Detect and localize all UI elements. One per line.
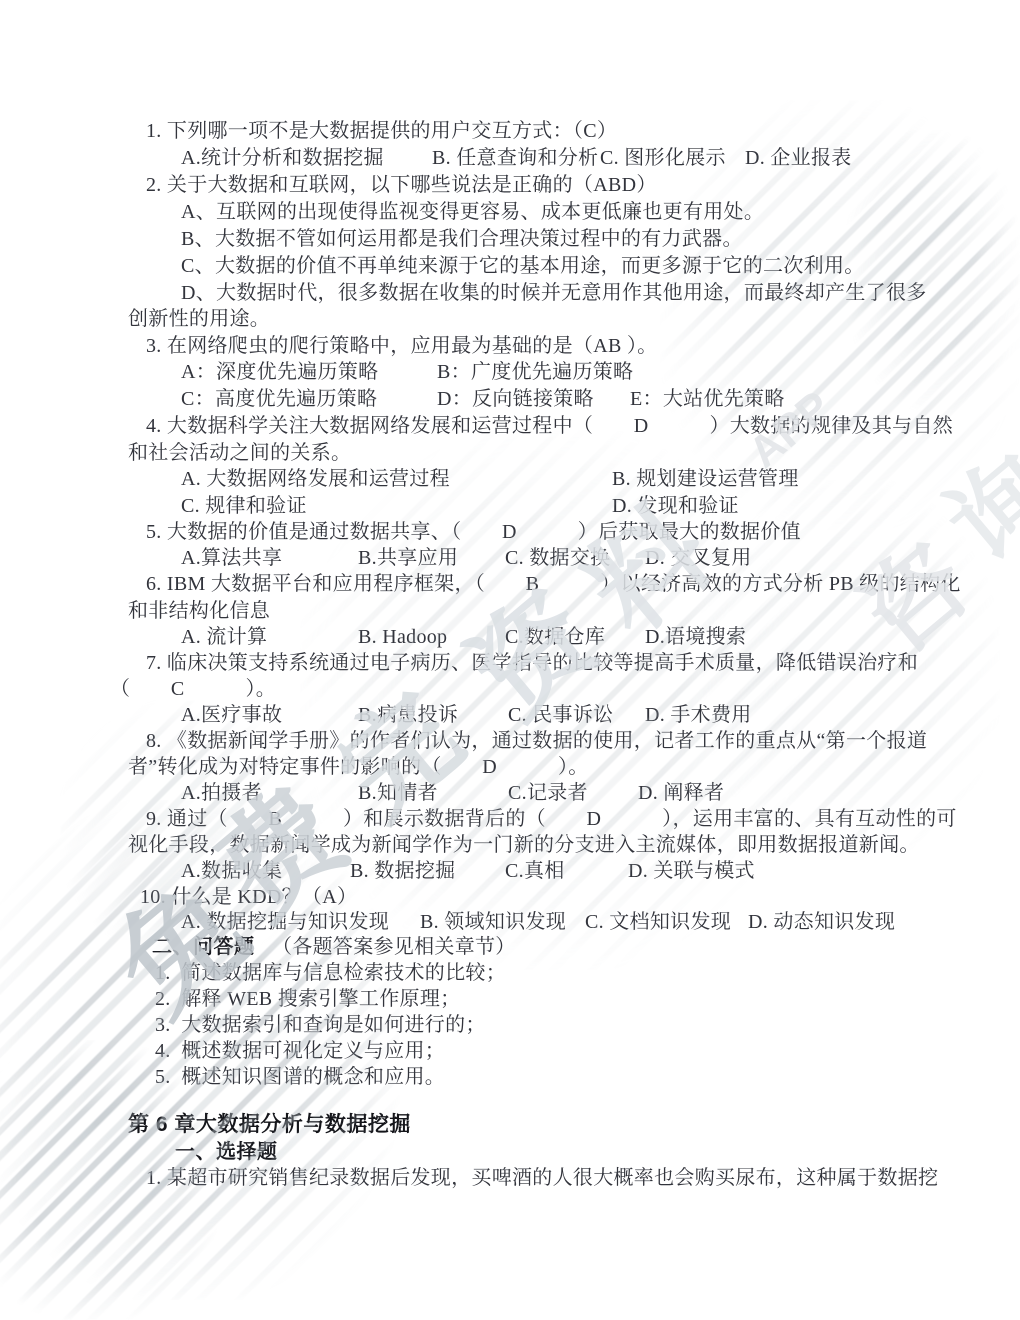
text-line: A：深度优先遍历策略 — [181, 361, 378, 384]
text-line: 视化手段，数据新闻学成为新闻学作为一门新的分支进入主流媒体，即用数据报道新闻。 — [128, 834, 920, 857]
text-line: D. 关联与模式 — [628, 860, 755, 883]
text-line: 3. 大数据索引和查询是如何进行的； — [155, 1014, 486, 1037]
text-line: A. 大数据网络发展和运营过程 — [181, 468, 450, 491]
text-line: 1. 简述数据库与信息检索技术的比较； — [155, 962, 506, 985]
text-line: A、互联网的出现使得监视变得更容易、成本更低廉也更有用处。 — [181, 201, 764, 224]
section-title: 一、选择题 — [175, 1141, 278, 1164]
text-line: D. 企业报表 — [745, 147, 852, 170]
chapter-heading: 第 6 章大数据分析与数据挖掘 — [128, 1113, 411, 1136]
text-line: 1. 某超市研究销售纪录数据后发现，买啤酒的人很大概率也会购买尿布，这种属于数据… — [146, 1167, 938, 1190]
text-line: E：大站优先策略 — [630, 388, 785, 411]
text-line: 3. 在网络爬虫的爬行策略中，应用最为基础的是（AB ）。 — [146, 335, 657, 358]
text-line: （ C ）。 — [110, 678, 276, 701]
text-line: C.真相 — [505, 860, 565, 883]
text-line: C. 规律和验证 — [181, 495, 307, 518]
text-line: A.统计分析和数据挖掘 — [181, 147, 384, 170]
text-line: 和非结构化信息 — [128, 600, 270, 623]
text-line: B. 规划建设运营管理 — [612, 468, 799, 491]
text-layer: 1. 下列哪一项不是大数据提供的用户交互方式：（C）A.统计分析和数据挖掘B. … — [0, 0, 1020, 1320]
text-line: 者”转化成为对特定事件的影响的（ D ）。 — [128, 756, 589, 779]
section-title: 二、问答题 — [152, 936, 255, 959]
text-line: B：广度优先遍历策略 — [437, 361, 633, 384]
text-line: D、大数据时代，很多数据在收集的时候并无意用作其他用途，而最终却产生了很多 — [181, 282, 927, 305]
text-line: 8. 《数据新闻学手册》的作者们认为，通过数据的使用，记者工作的重点从“第一个报… — [146, 730, 927, 753]
text-line: C. 数据交换 — [505, 547, 610, 570]
text-line: D. 交叉复用 — [645, 547, 752, 570]
text-line: A.拍摄者 — [181, 782, 262, 805]
text-line: 和社会活动之间的关系。 — [128, 442, 351, 465]
text-line: 5. 大数据的价值是通过数据共享、（ D ）后获取最大的数据价值 — [146, 521, 801, 544]
text-line: C. 图形化展示 — [600, 147, 726, 170]
text-line: D：反向链接策略 — [437, 388, 594, 411]
text-line: 2. 解释 WEB 搜索引擎工作原理； — [155, 988, 460, 1011]
text-line: B. 数据挖掘 — [350, 860, 455, 883]
text-line: 4. 大数据科学关注大数据网络发展和运营过程中（ D ）大数据的规律及其与自然 — [146, 415, 953, 438]
text-line: 2. 关于大数据和互联网，以下哪些说法是正确的（ABD） — [146, 174, 657, 197]
text-line: 创新性的用途。 — [128, 308, 270, 331]
text-line: B.共享应用 — [358, 547, 458, 570]
text-line: C.记录者 — [508, 782, 588, 805]
text-line: 10. 什么是 KDD？（A） — [140, 886, 357, 909]
text-line: A.数据收集 — [181, 860, 282, 883]
text-line: B、大数据不管如何运用都是我们合理决策过程中的有力武器。 — [181, 228, 743, 251]
document-page: 1. 下列哪一项不是大数据提供的用户交互方式：（C）A.统计分析和数据挖掘B. … — [0, 0, 1020, 1320]
text-line: A. 流计算 — [181, 626, 267, 649]
text-line: D. 发现和验证 — [612, 495, 739, 518]
text-line: D. 动态知识发现 — [748, 911, 895, 934]
text-line: C：高度优先遍历策略 — [181, 388, 377, 411]
text-line: A.算法共享 — [181, 547, 282, 570]
text-line: C、大数据的价值不再单纯来源于它的基本用途，而更多源于它的二次利用。 — [181, 255, 865, 278]
text-line: （各题答案参见相关章节） — [272, 936, 516, 959]
text-line: D. 阐释者 — [638, 782, 724, 805]
text-line: D.语境搜索 — [645, 626, 746, 649]
text-line: 7. 临床决策支持系统通过电子病历、医学指导的比较等提高手术质量，降低错误治疗和 — [146, 652, 918, 675]
text-line: C.数据仓库 — [505, 626, 605, 649]
text-line: 4. 概述数据可视化定义与应用； — [155, 1040, 445, 1063]
text-line: B. Hadoop — [358, 626, 447, 649]
text-line: C. 民事诉讼 — [508, 704, 613, 727]
text-line: B.病患投诉 — [358, 704, 458, 727]
text-line: 6. IBM 大数据平台和应用程序框架，（ B ）以经济高效的方式分析 PB 级… — [146, 573, 961, 596]
text-line: A.医疗事故 — [181, 704, 282, 727]
text-line: A. 数据挖掘与知识发现 — [181, 911, 389, 934]
text-line: 1. 下列哪一项不是大数据提供的用户交互方式：（C） — [146, 120, 617, 143]
text-line: D. 手术费用 — [645, 704, 752, 727]
text-line: B. 领域知识发现 — [420, 911, 566, 934]
text-line: B.知情者 — [358, 782, 438, 805]
text-line: 9. 通过（ B ）和展示数据背后的（ D ），运用丰富的、具有互动性的可 — [146, 808, 957, 831]
text-line: B. 任意查询和分析 — [432, 147, 598, 170]
text-line: 5. 概述知识图谱的概念和应用。 — [155, 1066, 445, 1089]
text-line: C. 文档知识发现 — [585, 911, 731, 934]
